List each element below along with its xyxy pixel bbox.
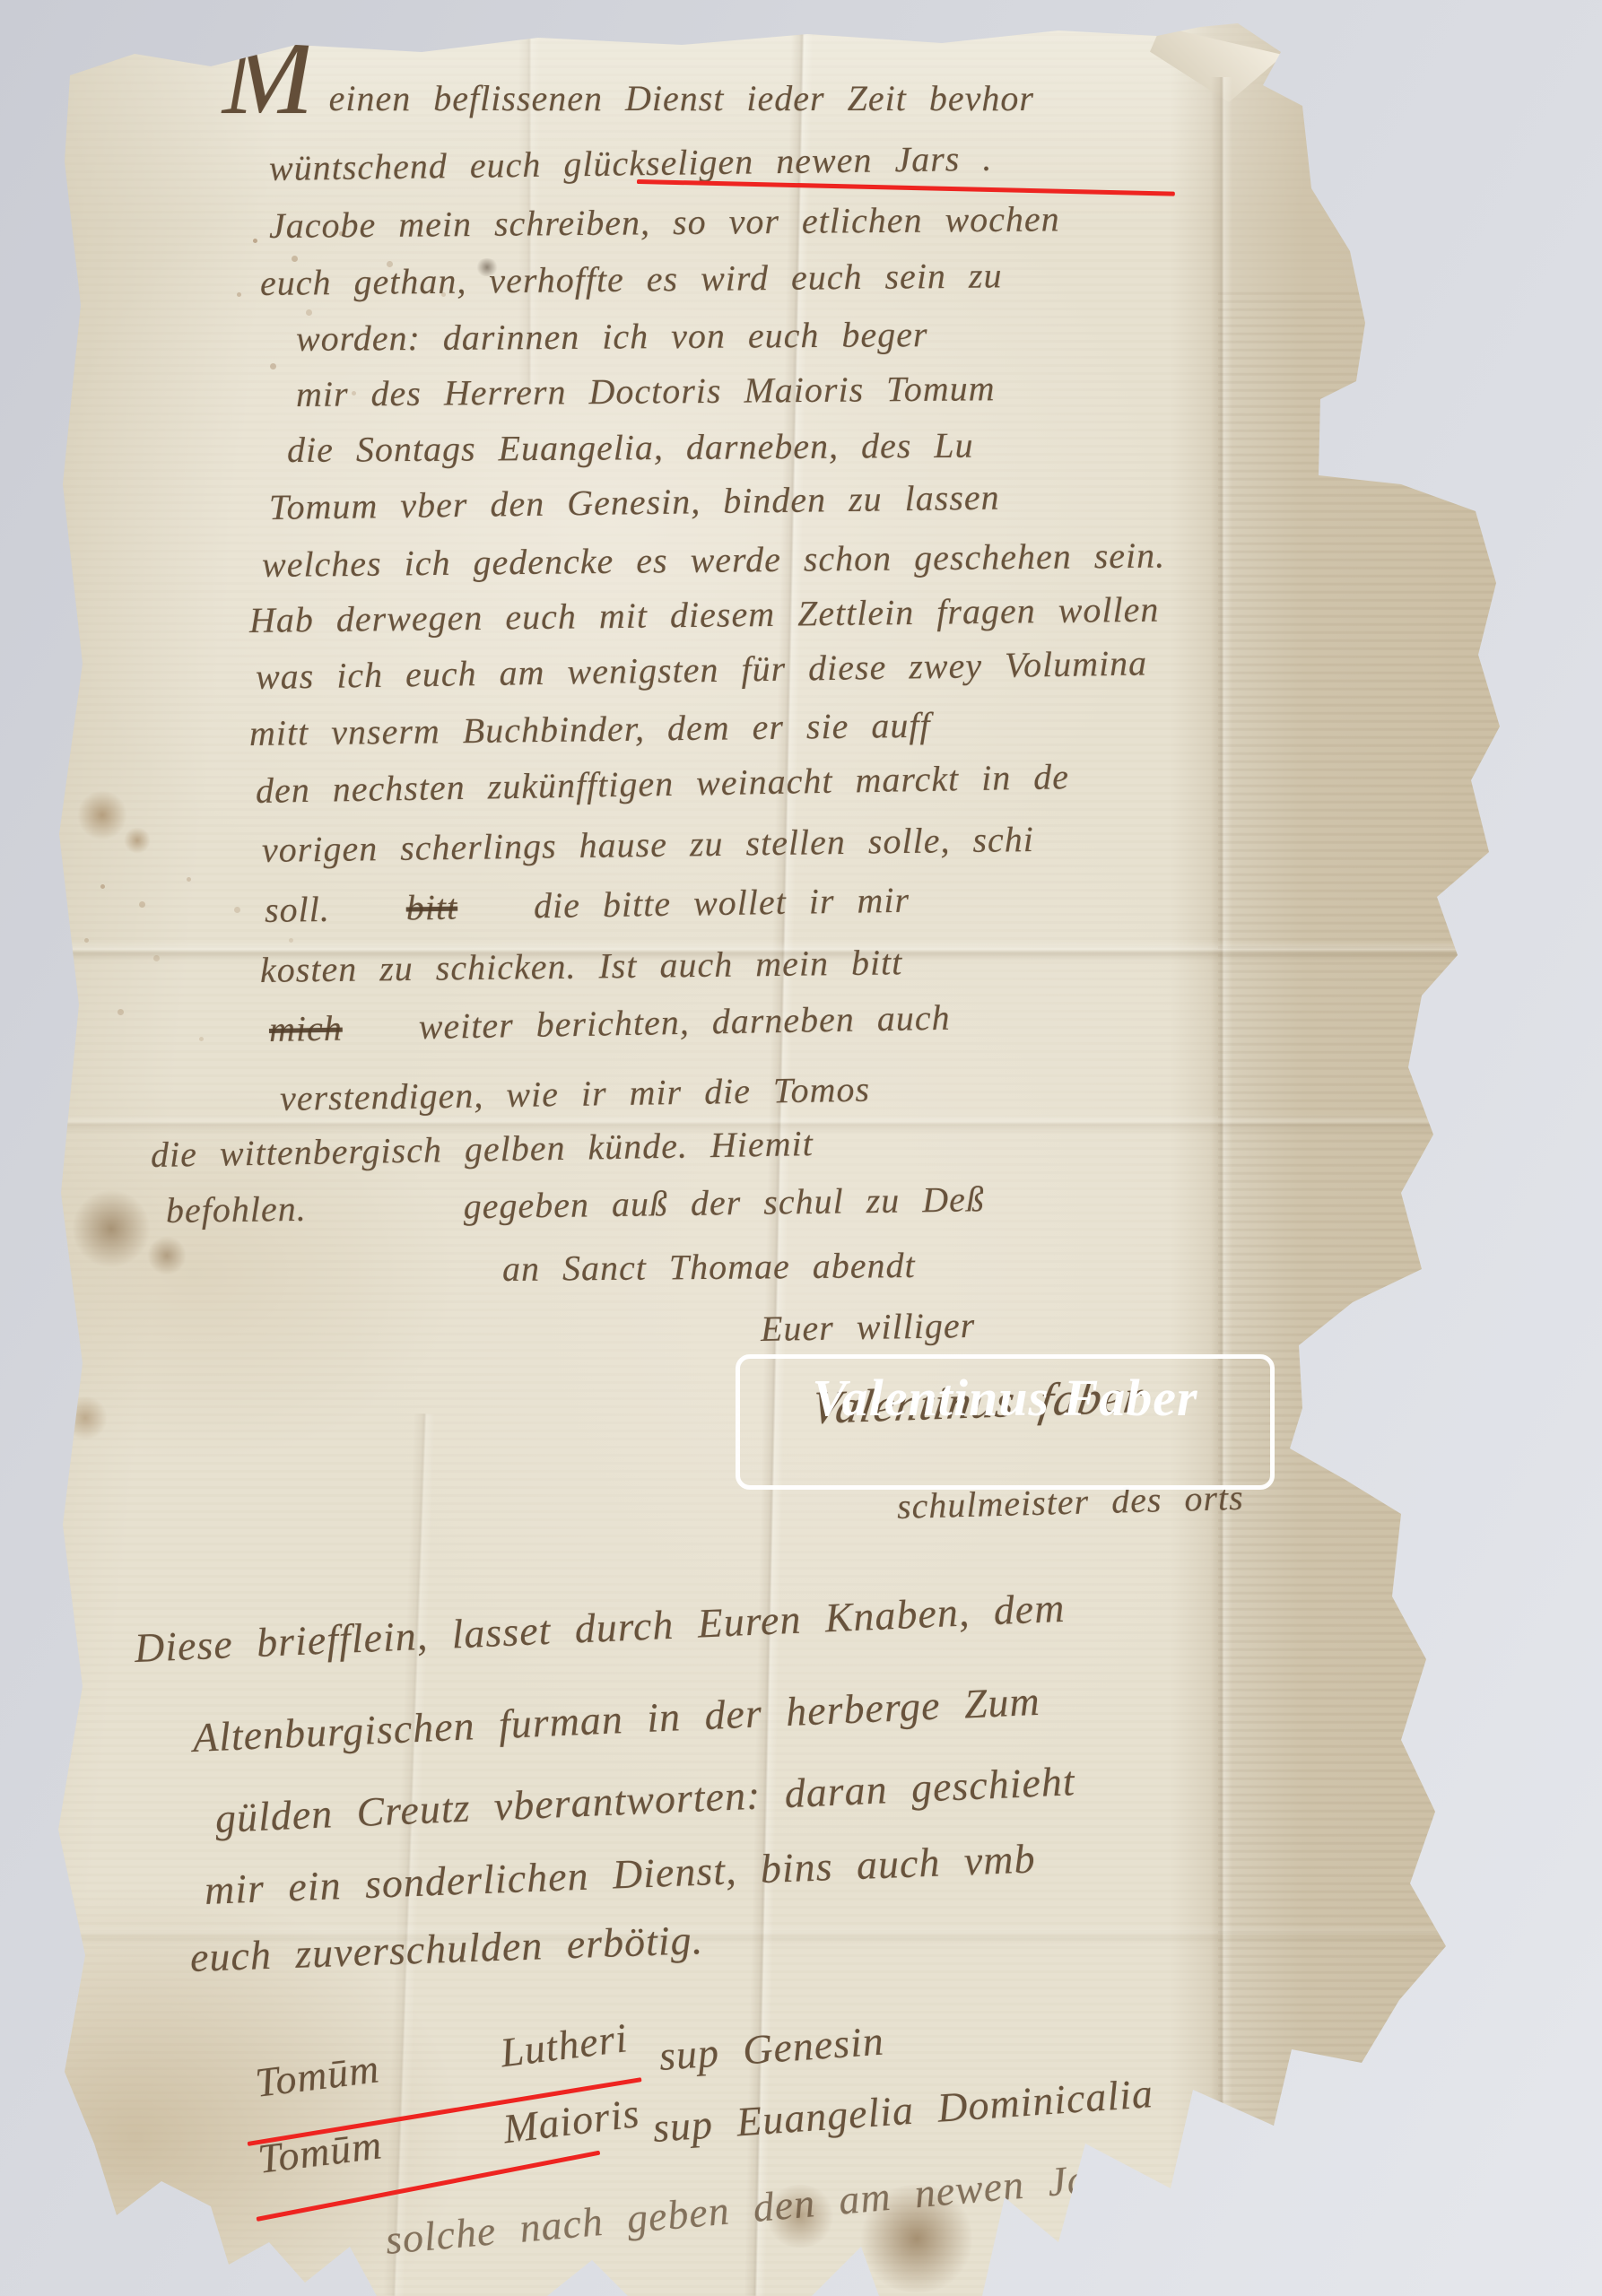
manuscript-list-line: sup Genesin: [657, 2021, 885, 2077]
illuminated-initial: M: [222, 36, 315, 118]
name-annotation-label: Valentinus Faber: [812, 1368, 1197, 1428]
manuscript-line: M einen beflissenen Dienst ieder Zeit be…: [222, 36, 1034, 118]
manuscript-line-text: gegeben auß der schul zu Deß: [463, 1178, 985, 1226]
manuscript-line: mir des Herrern Doctoris Maioris Tomum: [296, 370, 996, 413]
manuscript-line: gülden Creutz vberantworten: daran gesch…: [214, 1761, 1075, 1839]
stain-spot: [72, 1189, 151, 1268]
manuscript-line-text: befohlen.: [166, 1188, 307, 1231]
manuscript-line: mitt vnserm Buchbinder, dem er sie auff: [249, 708, 931, 752]
manuscript-line: was ich euch am wenigsten für diese zwey…: [256, 645, 1148, 695]
struck-word: bitt: [405, 887, 457, 928]
manuscript-line-text: soll.: [265, 889, 330, 930]
manuscript-line: mir ein sonderlichen Dienst, bins auch v…: [204, 1838, 1036, 1911]
manuscript-line: die Sontags Euangelia, darneben, des Lu: [287, 428, 974, 468]
manuscript-line: wüntschend euch glückseligen newen Jars …: [269, 141, 993, 187]
manuscript-line: Diese briefflein, lasset durch Euren Kna…: [134, 1587, 1066, 1669]
manuscript-line: die wittenbergisch gelben künde. Hiemit: [151, 1126, 814, 1173]
foxing-speckles: [253, 239, 257, 243]
photo-background: M einen beflissenen Dienst ieder Zeit be…: [0, 0, 1602, 2296]
manuscript-line: worden: darinnen ich von euch beger: [296, 317, 928, 357]
manuscript-line: Jacobe mein schreiben, so vor etlichen w…: [269, 201, 1060, 244]
laid-paper-texture: [1218, 292, 1525, 2296]
manuscript-line: den nechsten zukünfftigen weinacht marck…: [256, 759, 1070, 809]
letter-paper: M einen beflissenen Dienst ieder Zeit be…: [47, 23, 1525, 2296]
stain-spot: [77, 790, 127, 840]
manuscript-line: befohlen. gegeben auß der schul zu Deß: [166, 1181, 985, 1229]
stain-spot: [147, 1236, 187, 1275]
manuscript-line: soll. bitt die bitte wollet ir mir: [265, 883, 910, 928]
manuscript-line: Altenburgischen furman in der herberge Z…: [192, 1681, 1041, 1759]
manuscript-line-text: Lutheri: [498, 2014, 631, 2075]
struck-word: mich: [269, 1008, 344, 1049]
manuscript-line-text: die bitte wollet ir mir: [534, 880, 910, 926]
manuscript-line: kosten zu schicken. Ist auch mein bitt: [260, 944, 903, 988]
stain-spot: [124, 827, 151, 854]
manuscript-line: verstendigen, wie ir mir die Tomos: [280, 1072, 871, 1117]
manuscript-line: an Sanct Thomae abendt: [502, 1248, 916, 1287]
stain-spot: [63, 1396, 108, 1440]
manuscript-line: Hab derwegen euch mit diesem Zettlein fr…: [249, 592, 1160, 639]
foxing-speckles: [100, 884, 105, 889]
manuscript-line-text: weiter berichten, darneben auch: [418, 997, 951, 1047]
manuscript-line: welches ich gedencke es werde schon gesc…: [262, 537, 1166, 583]
manuscript-list-line: sup Euangelia Dominicalia: [651, 2073, 1154, 2149]
manuscript-line: vorigen scherlings hause zu stellen soll…: [262, 822, 1034, 868]
manuscript-line-text: einen beflissenen Dienst ieder Zeit bevh…: [329, 81, 1034, 117]
manuscript-line: Tomum vber den Genesin, binden zu lassen: [269, 480, 1000, 526]
manuscript-line: euch gethan, verhoffte es wird euch sein…: [260, 257, 1003, 301]
manuscript-line: Euer williger: [761, 1308, 976, 1347]
manuscript-line: mich weiter berichten, darneben auch: [269, 1000, 951, 1048]
manuscript-list-line: Tomūm Maioris: [256, 2092, 641, 2180]
name-annotation-box: Valentinus Faber: [736, 1354, 1275, 1490]
manuscript-line-text: Tomūm: [253, 2045, 382, 2106]
